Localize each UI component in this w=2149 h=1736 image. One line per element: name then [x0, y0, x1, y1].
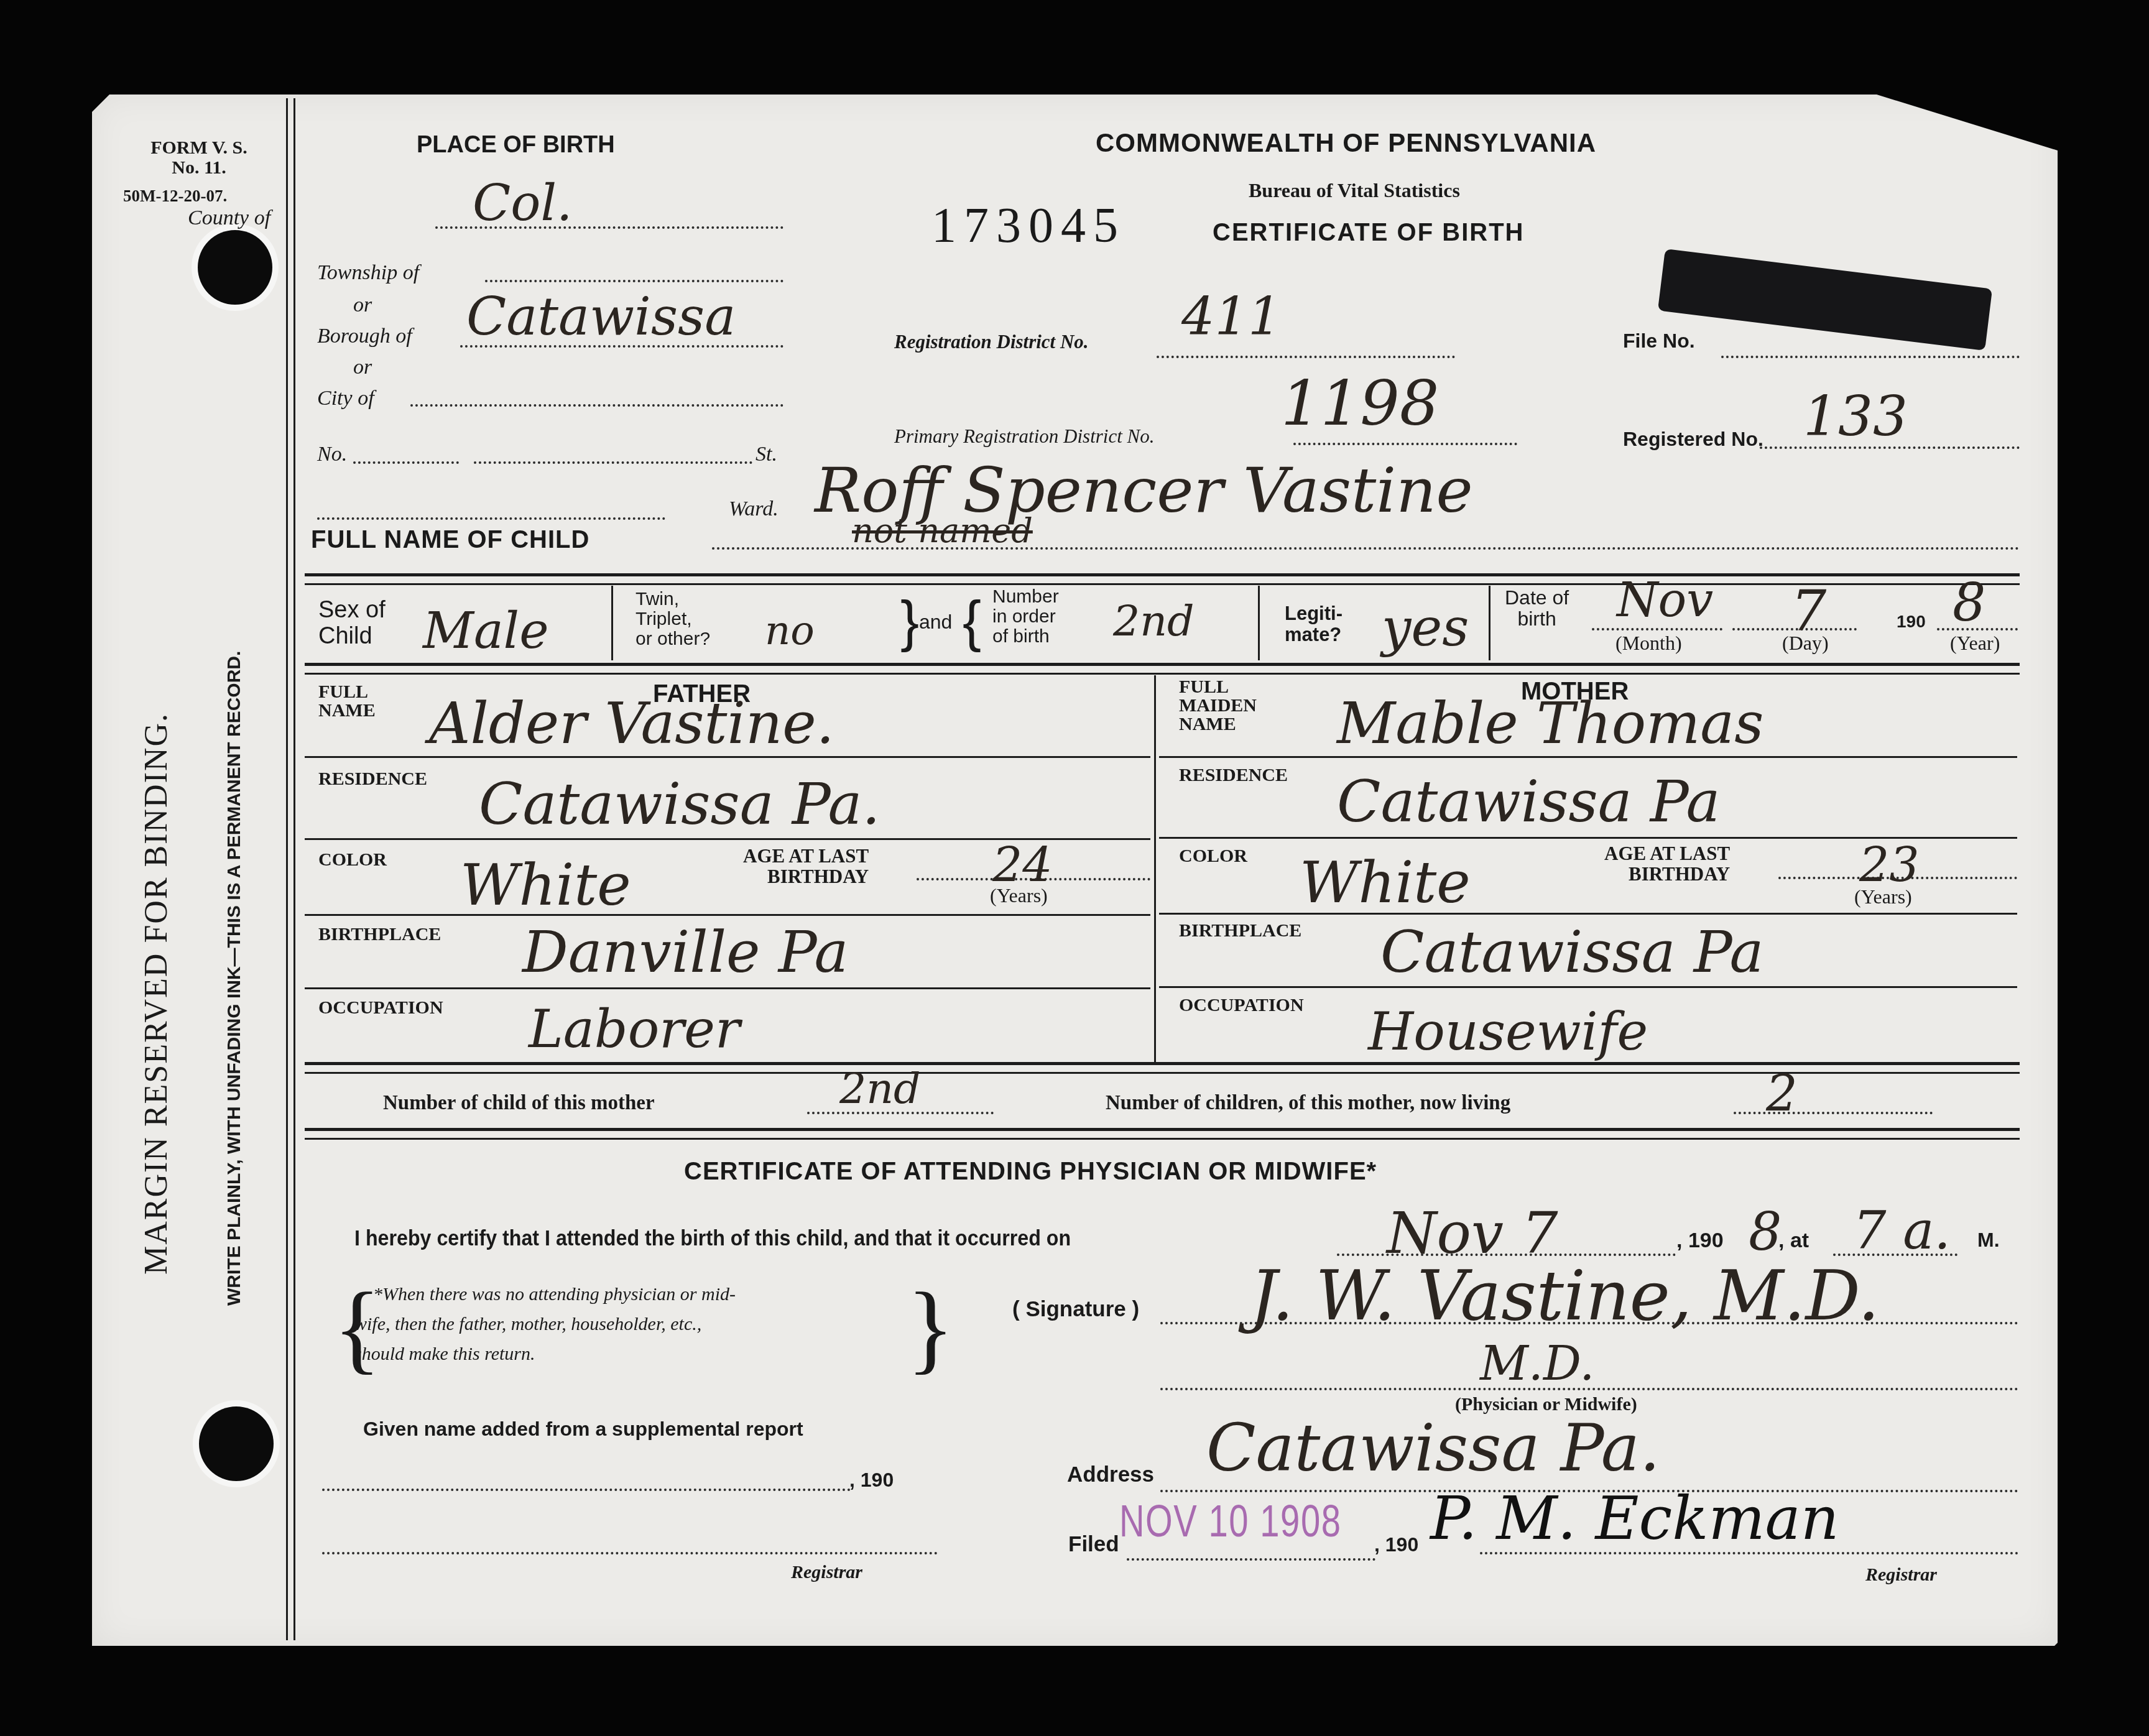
supplemental-year-prefix: , 190	[849, 1469, 894, 1492]
file-no-label: File No.	[1623, 330, 1695, 353]
ward-input-line[interactable]	[317, 517, 665, 520]
note-line-2: wife, then the father, mother, household…	[354, 1309, 736, 1339]
or-label-2: or	[353, 356, 372, 379]
mother-residence-label: RESIDENCE	[1179, 765, 1288, 786]
sex-value: Male	[423, 602, 549, 660]
occurred-year-value: 8	[1749, 1201, 1782, 1262]
city-label: City of	[317, 387, 374, 410]
father-color-label: COLOR	[318, 849, 387, 870]
physician-note: *When there was no attending physician o…	[354, 1280, 736, 1369]
twin-label: Twin, Triplet, or other?	[635, 589, 710, 649]
twin-label-2: Triplet,	[635, 609, 710, 629]
note-line-3: should make this return.	[354, 1339, 736, 1369]
mother-name-label-2: MAIDEN	[1179, 696, 1257, 715]
year-caption: (Year)	[1950, 632, 2000, 655]
order-label-1: Number	[992, 587, 1059, 607]
living-label: Number of children, of this mother, now …	[1106, 1092, 1510, 1115]
order-label: Number in order of birth	[992, 587, 1059, 647]
order-label-2: in order	[992, 607, 1059, 627]
township-label: Township of	[317, 261, 419, 285]
father-color-value: White	[460, 852, 631, 918]
supplemental-name-line[interactable]	[322, 1489, 851, 1491]
father-years-caption: (Years)	[990, 884, 1048, 907]
rule-parents-bottom-1	[305, 1062, 2020, 1065]
mother-name-label: FULL MAIDEN NAME	[1179, 678, 1257, 734]
margin-note: MARGIN RESERVED FOR BINDING.	[138, 713, 175, 1275]
rule-parents-bottom-2	[305, 1072, 2020, 1074]
twin-label-3: or other?	[635, 629, 710, 649]
mother-name-label-1: FULL	[1179, 678, 1257, 696]
dob-year-prefix: 190	[1897, 612, 1926, 632]
dob-label-1: Date of	[1505, 587, 1569, 608]
father-age-label: AGE AT LAST BIRTHDAY	[743, 846, 869, 887]
legit-label-1: Legiti-	[1285, 603, 1343, 624]
father-name-label: FULL NAME	[318, 683, 376, 720]
father-residence-value: Catawissa Pa.	[479, 771, 880, 838]
bureau-heading: Bureau of Vital Statistics	[1249, 179, 1460, 202]
supplemental-label: Given name added from a supplemental rep…	[363, 1418, 803, 1441]
rule-father-name	[305, 756, 1150, 758]
rule-name-bottom-1	[305, 573, 2020, 576]
signature-label: ( Signature )	[1012, 1297, 1139, 1322]
address-label: Address	[1067, 1462, 1154, 1487]
m-label: M.	[1977, 1229, 2000, 1252]
twin-value: no	[765, 608, 815, 654]
form-id-line2: No. 11.	[121, 158, 277, 178]
filed-date-line[interactable]	[1127, 1558, 1375, 1561]
binding-hole-top	[198, 230, 272, 305]
print-code: 50M-12-20-07.	[123, 187, 227, 206]
ward-label: Ward.	[729, 497, 779, 521]
primary-district-value: 1198	[1281, 367, 1440, 440]
mother-birthplace-label: BIRTHPLACE	[1179, 920, 1301, 941]
dob-month-value: Nov	[1617, 572, 1713, 627]
father-name-label-1: FULL	[318, 683, 376, 701]
order-label-3: of birth	[992, 627, 1059, 647]
dob-label: Date of birth	[1505, 587, 1569, 629]
dob-label-2: birth	[1505, 608, 1569, 629]
rule-father-color	[305, 914, 1150, 916]
registration-district-line[interactable]	[1157, 356, 1455, 358]
rule-children-bottom-1	[305, 1128, 2020, 1131]
legit-value: yes	[1382, 597, 1469, 658]
sex-label-1: Sex of	[318, 597, 386, 623]
rule-mother-name	[1159, 756, 2017, 758]
supplemental-registrar-line[interactable]	[322, 1552, 938, 1554]
note-brace-right: }	[907, 1275, 954, 1380]
father-age-label-2: BIRTHDAY	[743, 866, 869, 887]
child-number-label: Number of child of this mother	[383, 1092, 655, 1115]
mother-birthplace-value: Catawissa Pa	[1380, 919, 1763, 986]
certificate-number: 173045	[931, 198, 1125, 254]
margin-divider	[286, 98, 288, 1640]
form-id-line1: FORM V. S.	[121, 138, 277, 158]
filed-year-prefix: , 190	[1374, 1533, 1418, 1556]
parents-divider	[1154, 675, 1156, 1062]
registered-no-value: 133	[1803, 384, 1908, 448]
legit-label: Legiti- mate?	[1285, 603, 1343, 645]
place-of-birth-heading: PLACE OF BIRTH	[417, 132, 615, 159]
state-heading: COMMONWEALTH OF PENNSYLVANIA	[1096, 128, 1596, 158]
rule-name-bottom-2	[305, 583, 2020, 585]
filed-date-stamp: NOV 10 1908	[1119, 1496, 1341, 1547]
mother-age-label: AGE AT LAST BIRTHDAY	[1604, 843, 1730, 884]
signature-value: J. W. Vastine, M.D.	[1250, 1256, 1880, 1336]
dob-month-line[interactable]	[1592, 628, 1722, 630]
mother-years-caption: (Years)	[1854, 885, 1912, 908]
brace-left: }	[900, 591, 919, 653]
rule-mother-birthplace	[1159, 986, 2017, 988]
child-name-label: FULL NAME OF CHILD	[311, 526, 589, 554]
street-no-input-line[interactable]	[353, 461, 459, 464]
registration-district-value: 411	[1181, 286, 1281, 347]
county-of-label: County of	[188, 206, 270, 230]
sex-label: Sex of Child	[318, 597, 386, 649]
mother-residence-value: Catawissa Pa	[1337, 769, 1720, 835]
father-birthplace-value: Danville Pa	[522, 919, 848, 986]
living-value: 2	[1766, 1064, 1798, 1122]
binding-hole-bottom	[199, 1406, 274, 1481]
primary-district-label: Primary Registration District No.	[894, 425, 1155, 448]
father-age-label-1: AGE AT LAST	[743, 846, 869, 866]
note-line-1: *When there was no attending physician o…	[354, 1280, 736, 1309]
file-no-line[interactable]	[1721, 356, 2020, 358]
rule-father-birthplace	[305, 987, 1150, 989]
registrar-signature: P. M. Eckman	[1430, 1484, 1839, 1553]
dob-year-value: 8	[1953, 572, 1985, 633]
order-value: 2nd	[1113, 597, 1195, 646]
rule-mother-color	[1159, 913, 2017, 915]
father-occupation-label: OCCUPATION	[318, 997, 443, 1018]
form-id: FORM V. S. No. 11.	[121, 138, 277, 178]
rule-sex-bottom-1	[305, 663, 2020, 666]
father-occupation-value: Laborer	[529, 999, 740, 1060]
township-input-line[interactable]	[485, 280, 783, 282]
rule-sex-bottom-2	[305, 673, 2020, 675]
time-value: 7 a.	[1853, 1200, 1951, 1261]
registered-no-label: Registered No.	[1623, 428, 1763, 451]
father-name-value: Alder Vastine.	[429, 690, 834, 757]
mother-color-value: White	[1300, 849, 1471, 916]
child-name-struck: not named	[852, 511, 1033, 550]
occurred-year-prefix: , 190	[1676, 1229, 1724, 1253]
father-residence-label: RESIDENCE	[318, 769, 427, 790]
certify-text: I hereby certify that I attended the bir…	[354, 1226, 1071, 1251]
certificate-title: CERTIFICATE OF BIRTH	[1213, 219, 1524, 247]
registrar-caption: Registrar	[1865, 1564, 1937, 1586]
child-number-value: 2nd	[839, 1064, 921, 1114]
rule-children-bottom-2	[305, 1138, 2020, 1140]
mother-age-label-2: BIRTHDAY	[1604, 864, 1730, 884]
primary-district-line[interactable]	[1293, 443, 1517, 445]
sex-label-2: Child	[318, 623, 386, 649]
street-no-label: No.	[317, 443, 347, 466]
day-caption: (Day)	[1782, 632, 1829, 655]
supplemental-registrar-caption: Registrar	[791, 1562, 862, 1583]
mother-age-label-1: AGE AT LAST	[1604, 843, 1730, 864]
sex-col-divider	[611, 586, 613, 660]
month-caption: (Month)	[1615, 632, 1682, 655]
signature-value-2: M.D.	[1480, 1336, 1594, 1391]
father-name-label-2: NAME	[318, 701, 376, 720]
mother-name-value: Mable Thomas	[1337, 690, 1763, 757]
mother-name-label-3: NAME	[1179, 715, 1257, 734]
street-label: St.	[756, 443, 777, 466]
father-birthplace-label: BIRTHPLACE	[318, 924, 441, 945]
mother-age-value: 23	[1859, 837, 1920, 892]
or-label-1: or	[353, 293, 372, 317]
physician-heading: CERTIFICATE OF ATTENDING PHYSICIAN OR MI…	[684, 1158, 1377, 1186]
address-value: Catawissa Pa.	[1206, 1410, 1660, 1486]
mother-occupation-label: OCCUPATION	[1179, 995, 1304, 1016]
borough-value: Catawissa	[466, 286, 736, 347]
legit-label-2: mate?	[1285, 624, 1343, 645]
margin-divider-2	[293, 98, 295, 1640]
city-input-line[interactable]	[410, 404, 783, 407]
street-name-input-line[interactable]	[474, 461, 752, 464]
county-value: Col.	[473, 174, 572, 232]
mother-occupation-value: Housewife	[1368, 1001, 1648, 1062]
dob-col-divider	[1489, 586, 1490, 660]
filed-label: Filed	[1068, 1532, 1119, 1557]
brace-right: {	[963, 591, 981, 653]
mother-color-label: COLOR	[1179, 846, 1247, 867]
living-line[interactable]	[1734, 1112, 1933, 1114]
legit-col-divider	[1258, 586, 1260, 660]
borough-label: Borough of	[317, 325, 412, 348]
ink-note: WRITE PLAINLY, WITH UNFADING INK—THIS IS…	[224, 651, 245, 1306]
twin-label-1: Twin,	[635, 589, 710, 609]
registration-district-label: Registration District No.	[894, 331, 1089, 353]
at-label: , at	[1778, 1229, 1809, 1253]
and-label: and	[919, 611, 952, 634]
